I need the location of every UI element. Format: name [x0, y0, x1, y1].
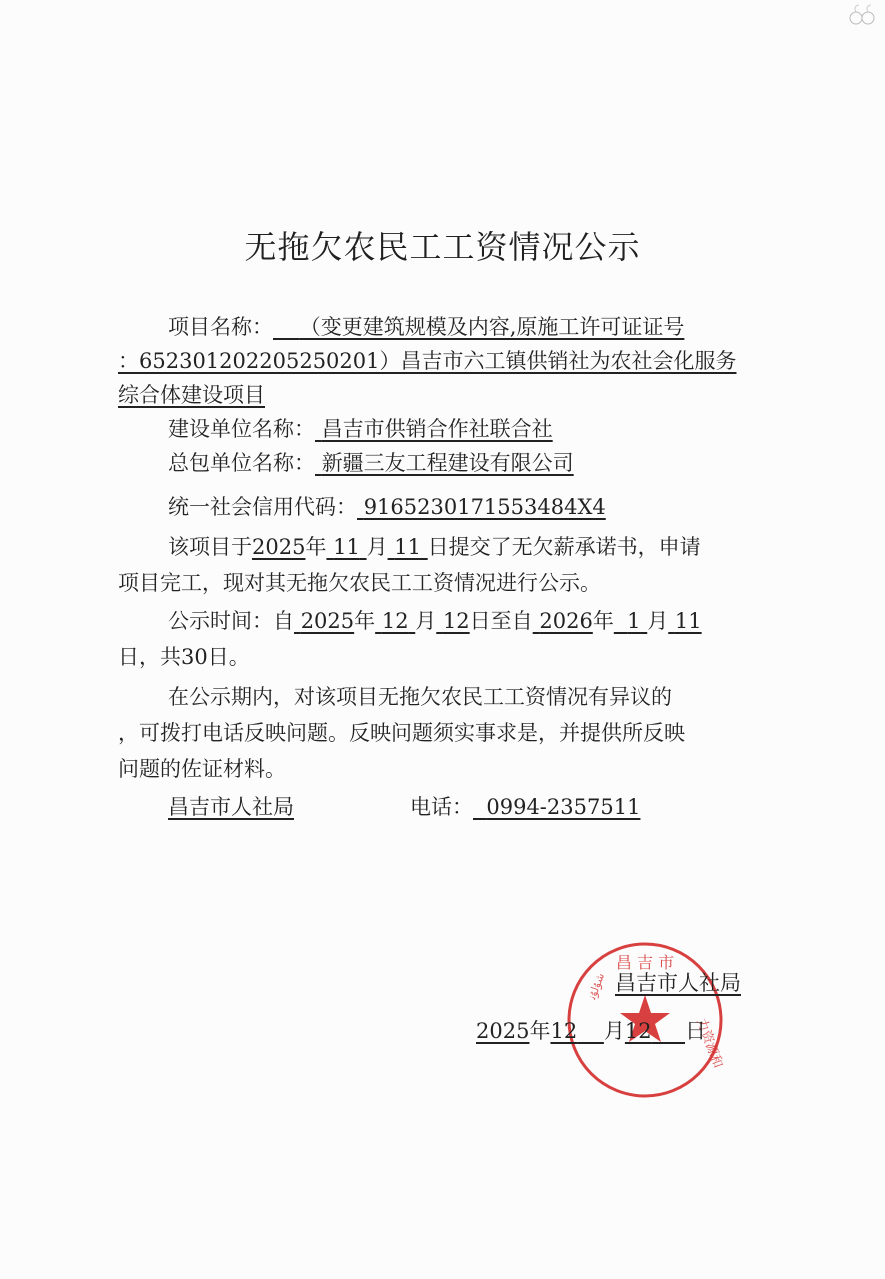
objection-line3: 问题的佐证材料。 [118, 754, 286, 784]
signature-date: 2025年12 月12 日 [476, 1016, 706, 1046]
contact-phone-line: 电话： 0994-2357511 [410, 792, 640, 822]
credit-code-label: 统一社会信用代码： [168, 495, 357, 519]
credit-code-line: 统一社会信用代码： 9165230171553484X4 [168, 492, 606, 522]
period-start-day: 12 [436, 609, 469, 633]
svg-text:ﺷﯘﻟﯘﻧ: ﺷﯘﻟﯘﻧ [585, 971, 607, 1002]
objection-line1: 在公示期内，对该项目无拖欠农民工工资情况有异议的 [168, 682, 672, 712]
construction-unit-value: 昌吉市供销合作社联合社 [315, 417, 553, 441]
project-name-value-2: ：652301202205250201）昌吉市六工镇供销社为农社会化服务 [118, 349, 737, 373]
project-name-value-3: 综合体建设项目 [118, 383, 265, 407]
contact-org: 昌吉市人社局 [168, 792, 294, 822]
project-name-line1: 项目名称： （变更建筑规模及内容,原施工许可证证号 [168, 312, 684, 342]
document-page: 无拖欠农民工工资情况公示 项目名称： （变更建筑规模及内容,原施工许可证证号 ：… [0, 0, 885, 1279]
construction-unit-line: 建设单位名称： 昌吉市供销合作社联合社 [168, 414, 553, 444]
signature-day: 12 [625, 1019, 685, 1043]
submission-line2: 项目完工，现对其无拖欠农民工工资情况进行公示。 [118, 568, 601, 598]
corner-mark-icon [847, 4, 877, 26]
credit-code-value: 9165230171553484X4 [357, 495, 606, 519]
signature-org: 昌吉市人社局 [615, 968, 741, 998]
submission-day: 11 [388, 535, 428, 559]
period-end-day: 11 [668, 609, 701, 633]
period-start-year: 2025 [294, 609, 354, 633]
project-name-label: 项目名称： [168, 315, 273, 339]
general-contractor-label: 总包单位名称： [168, 451, 315, 475]
project-name-line3: 综合体建设项目 [118, 380, 265, 410]
period-start-month: 12 [375, 609, 415, 633]
phone-label: 电话： [410, 795, 473, 819]
period-line1: 公示时间：自 2025年 12 月 12日至自 2026年 1 月 11 [168, 606, 702, 636]
general-contractor-value: 新疆三友工程建设有限公司 [315, 451, 574, 475]
document-title: 无拖欠农民工工资情况公示 [0, 222, 885, 268]
submission-year: 2025 [252, 535, 305, 559]
objection-line2: ，可拨打电话反映问题。反映问题须实事求是，并提供所反映 [118, 718, 685, 748]
submission-line1: 该项目于2025年 11 月 11 日提交了无欠薪承诺书，申请 [168, 532, 701, 562]
project-name-line2: ：652301202205250201）昌吉市六工镇供销社为农社会化服务 [118, 346, 737, 376]
signature-month: 12 [550, 1019, 603, 1043]
project-name-value-1: （变更建筑规模及内容,原施工许可证证号 [273, 315, 684, 339]
construction-unit-label: 建设单位名称： [168, 417, 315, 441]
period-end-year: 2026 [533, 609, 593, 633]
period-end-month: 1 [614, 609, 647, 633]
general-contractor-line: 总包单位名称： 新疆三友工程建设有限公司 [168, 448, 574, 478]
period-line2: 日，共30日。 [118, 642, 250, 672]
submission-month: 11 [326, 535, 366, 559]
signature-year: 2025 [476, 1019, 529, 1043]
phone-number: 0994-2357511 [473, 795, 640, 819]
